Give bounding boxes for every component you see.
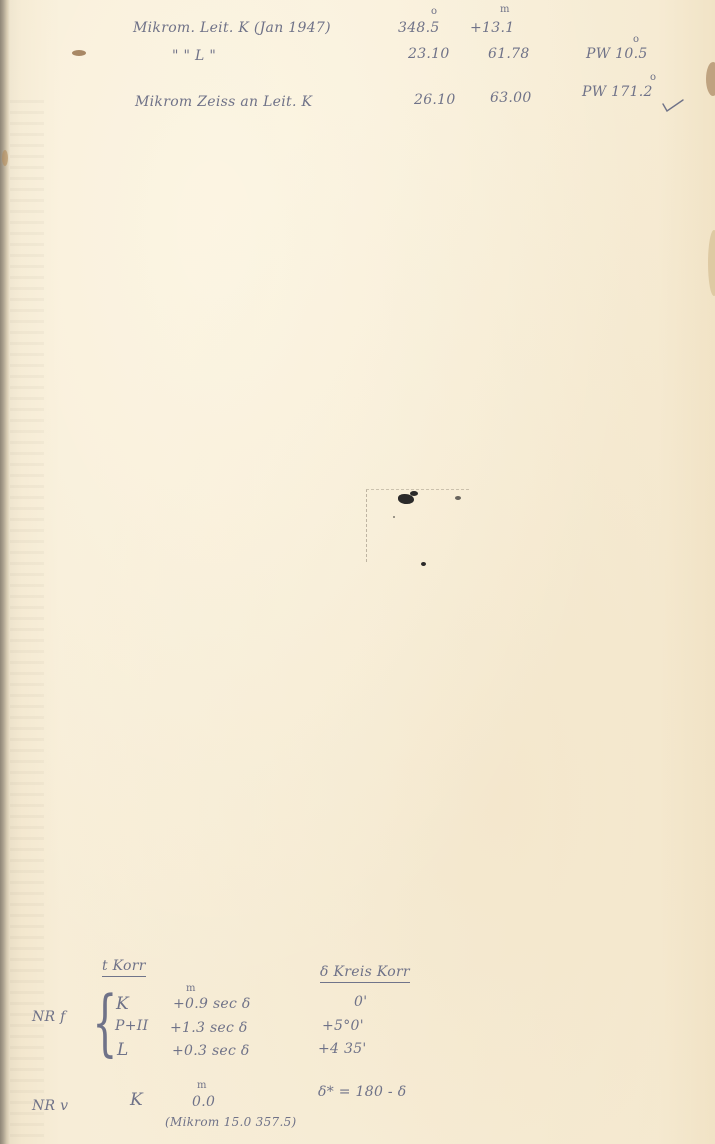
stain-right-edge-mid — [708, 230, 715, 296]
nr-f-row2-delta: +5°0' — [322, 1018, 364, 1034]
page-binding-edge — [0, 0, 10, 1144]
nr-v-note: (Mikrom 15.0 357.5) — [165, 1115, 297, 1129]
row1-col1: 348.5 — [398, 20, 440, 36]
stain-right-edge-top — [706, 62, 715, 96]
row3-col1: 26.10 — [414, 92, 456, 108]
row2-col3: PW 10.5 — [586, 46, 648, 62]
nr-f-row1-t-minutes: m — [186, 983, 195, 994]
stain-left-edge — [2, 150, 8, 166]
stain-top-left — [72, 50, 86, 56]
row1-label: Mikrom. Leit. K (Jan 1947) — [133, 20, 331, 36]
ink-blot-frame — [366, 489, 469, 562]
nr-f-row2-t: +1.3 sec δ — [170, 1020, 248, 1036]
nr-f-row2-instrument: P+II — [115, 1018, 148, 1034]
row3-col2: 63.00 — [490, 90, 532, 106]
ink-blot-tail — [410, 491, 418, 496]
row1-col1-degree: o — [431, 6, 437, 17]
row3-label: Mikrom Zeiss an Leit. K — [135, 94, 312, 110]
ink-speck-2 — [421, 562, 426, 566]
ink-speck-3 — [393, 516, 395, 518]
t-korr-header: t Korr — [102, 958, 146, 977]
nr-f-row1-delta: 0' — [354, 994, 367, 1010]
nr-v-instrument: K — [130, 1090, 143, 1110]
nr-f-row3-t: +0.3 sec δ — [172, 1043, 250, 1059]
row2-col3-degree: o — [633, 34, 639, 45]
brace-icon: { — [92, 986, 117, 1058]
notebook-page: Mikrom. Leit. K (Jan 1947) 348.5 o +13.1… — [0, 0, 715, 1144]
row1-col2: +13.1 — [470, 20, 514, 36]
ink-speck-1 — [455, 496, 461, 500]
row3-col3-degree: o — [650, 72, 656, 83]
nr-v-label: NR v — [32, 1098, 68, 1114]
nr-f-row1-instrument: K — [116, 994, 129, 1014]
nr-f-row3-instrument: L — [117, 1040, 129, 1060]
nr-v-t-minutes: m — [197, 1080, 206, 1091]
row2-col1: 23.10 — [408, 46, 450, 62]
row2-col2: 61.78 — [488, 46, 530, 62]
nr-f-label: NR f — [32, 1009, 66, 1025]
nr-f-row1-t: +0.9 sec δ — [173, 996, 251, 1012]
row1-col2-minutes: m — [500, 4, 509, 15]
nr-v-t: 0.0 — [192, 1094, 215, 1110]
delta-korr-header: δ Kreis Korr — [320, 964, 410, 983]
row2-label: " " L " — [172, 48, 216, 64]
row3-col3: PW 171.2 — [582, 84, 653, 100]
gutter-texture — [10, 100, 44, 1140]
nr-f-row3-delta: +4 35' — [318, 1041, 367, 1057]
checkmark-icon — [662, 98, 684, 112]
nr-v-delta-formula: δ* = 180 - δ — [318, 1084, 406, 1100]
